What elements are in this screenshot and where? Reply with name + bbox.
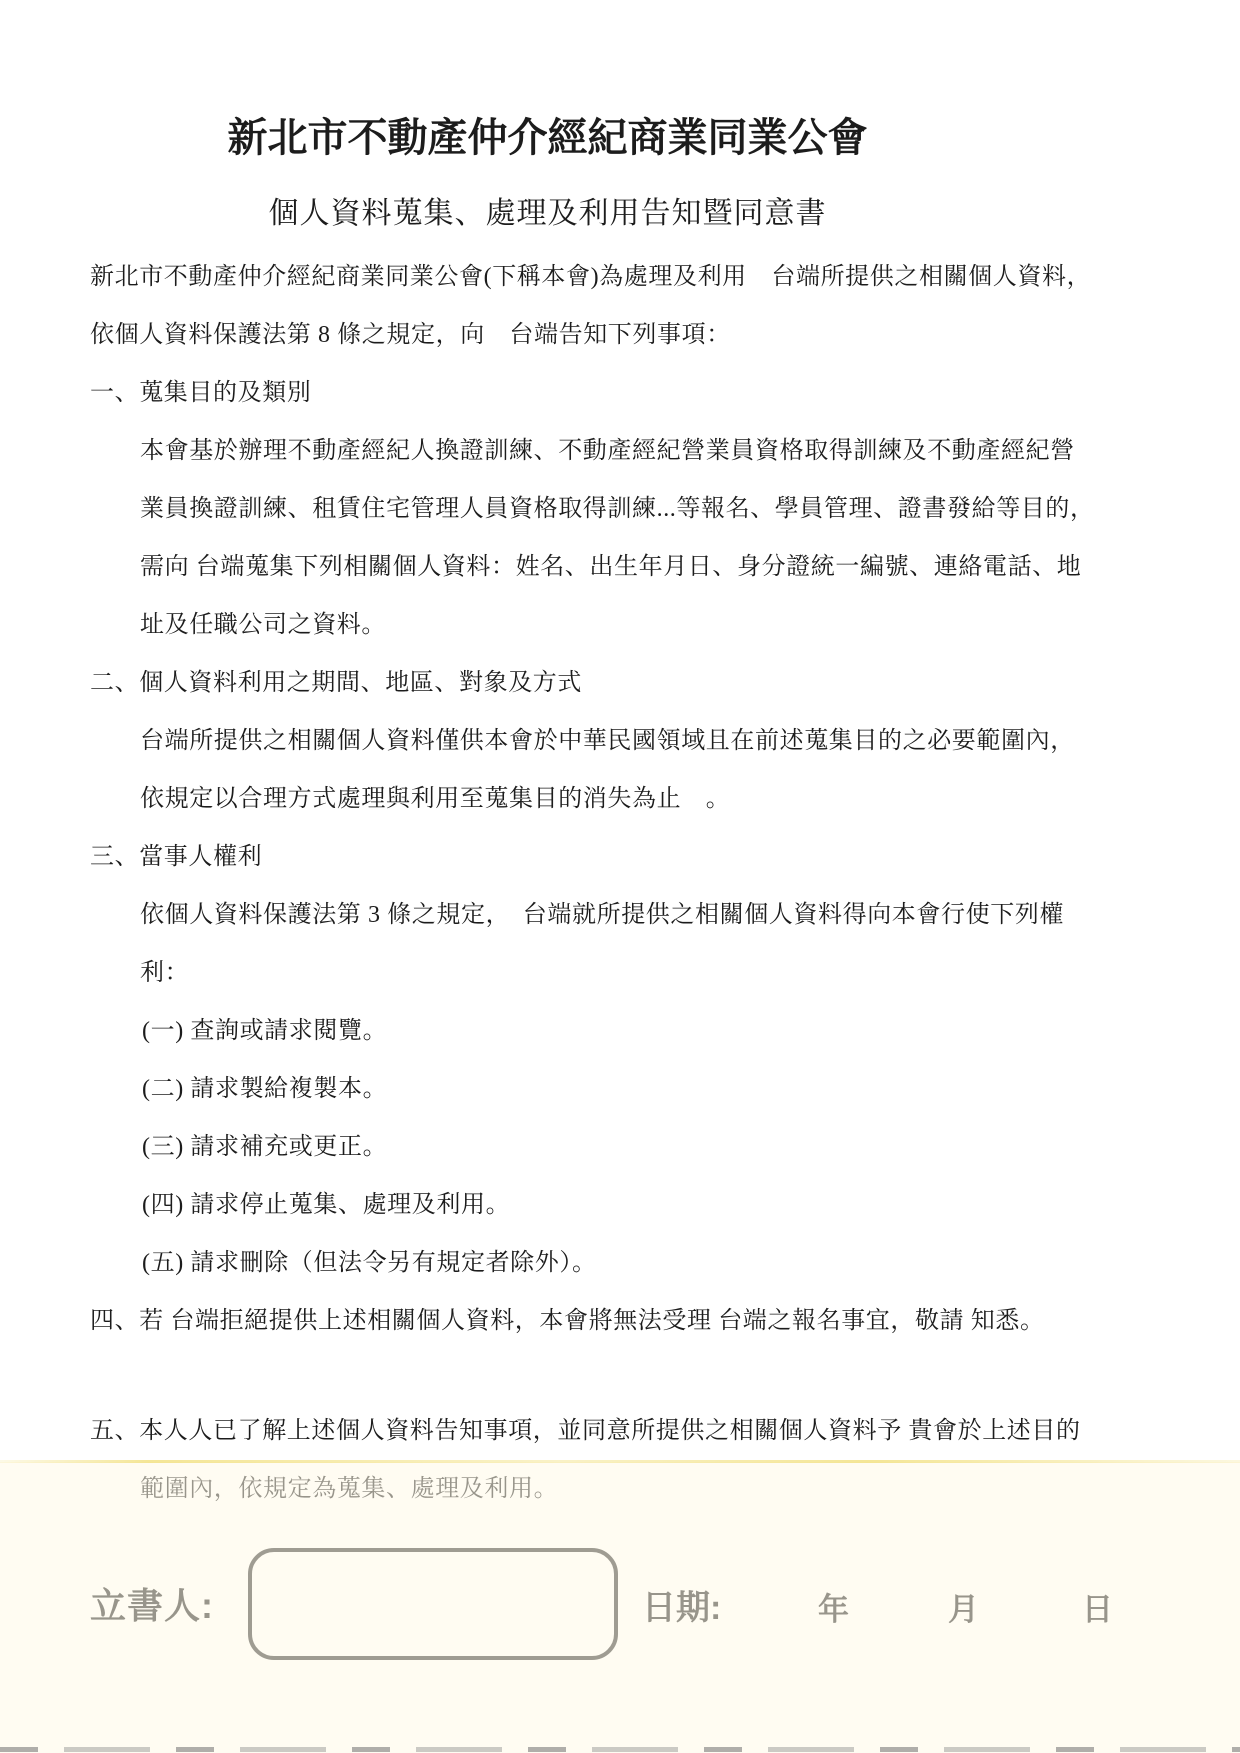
signature-row: 立書人: 日期: 年 月 日 — [90, 1548, 1190, 1658]
section-3-item: (一) 查詢或請求閱覽。 — [90, 1002, 1190, 1060]
intro-line: 新北市不動產仲介經紀商業同業公會(下稱本會)為處理及利用 台端所提供之相關個人資… — [90, 248, 1190, 306]
section-1-body-line: 業員換證訓練、租賃住宅管理人員資格取得訓練...等報名、學員管理、證書發給等目的… — [90, 480, 1190, 538]
section-4-heading: 四、若 台端拒絕提供上述相關個人資料，本會將無法受理 台端之報名事宜，敬請 知悉… — [90, 1292, 1190, 1350]
document-subtitle: 個人資料蒐集、處理及利用告知暨同意書 — [90, 188, 1005, 232]
document-body: 新北市不動產仲介經紀商業同業公會(下稱本會)為處理及利用 台端所提供之相關個人資… — [90, 248, 1190, 1518]
signatory-label: 立書人: — [90, 1578, 214, 1629]
section-3-item: (三) 請求補充或更正。 — [90, 1118, 1190, 1176]
date-day-label: 日 — [1082, 1584, 1113, 1629]
section-3-item: (二) 請求製給複製本。 — [90, 1060, 1190, 1118]
section-1-body-line: 本會基於辦理不動產經紀人換證訓練、不動產經紀營業員資格取得訓練及不動產經紀營 — [90, 422, 1190, 480]
section-gap — [90, 1350, 1190, 1402]
section-3-body-line: 利： — [90, 944, 1190, 1002]
document-title: 新北市不動產仲介經紀商業同業公會 — [90, 106, 1005, 163]
section-1-body-line: 需向 台端蒐集下列相關個人資料：姓名、出生年月日、身分證統一編號、連絡電話、地 — [90, 538, 1190, 596]
scanned-consent-form-page: 新北市不動產仲介經紀商業同業公會 個人資料蒐集、處理及利用告知暨同意書 新北市不… — [0, 0, 1240, 1753]
section-3-item: (四) 請求停止蒐集、處理及利用。 — [90, 1176, 1190, 1234]
section-3-body-line: 依個人資料保護法第 3 條之規定， 台端就所提供之相關個人資料得向本會行使下列權 — [90, 886, 1190, 944]
date-year-label: 年 — [818, 1584, 849, 1629]
date-label: 日期: — [642, 1580, 721, 1629]
scan-bottom-edge-artifact — [0, 1747, 1240, 1752]
scan-yellow-line-artifact — [0, 1460, 1240, 1463]
section-5-body-line: 範圍內，依規定為蒐集、處理及利用。 — [90, 1460, 1190, 1518]
intro-line: 依個人資料保護法第 8 條之規定，向 台端告知下列事項： — [90, 306, 1190, 364]
section-3-heading: 三、當事人權利 — [90, 828, 1190, 886]
section-2-body-line: 依規定以合理方式處理與利用至蒐集目的消失為止 。 — [90, 770, 1190, 828]
section-3-item: (五) 請求刪除（但法令另有規定者除外）。 — [90, 1234, 1190, 1292]
date-month-label: 月 — [948, 1584, 979, 1629]
section-5-heading: 五、本人人已了解上述個人資料告知事項，並同意所提供之相關個人資料予 貴會於上述目… — [90, 1402, 1190, 1460]
section-2-heading: 二、個人資料利用之期間、地區、對象及方式 — [90, 654, 1190, 712]
section-1-heading: 一、蒐集目的及類別 — [90, 364, 1190, 422]
signature-name-box[interactable] — [248, 1548, 618, 1660]
section-2-body-line: 台端所提供之相關個人資料僅供本會於中華民國領域且在前述蒐集目的之必要範圍內， — [90, 712, 1190, 770]
section-1-body-line: 址及任職公司之資料。 — [90, 596, 1190, 654]
